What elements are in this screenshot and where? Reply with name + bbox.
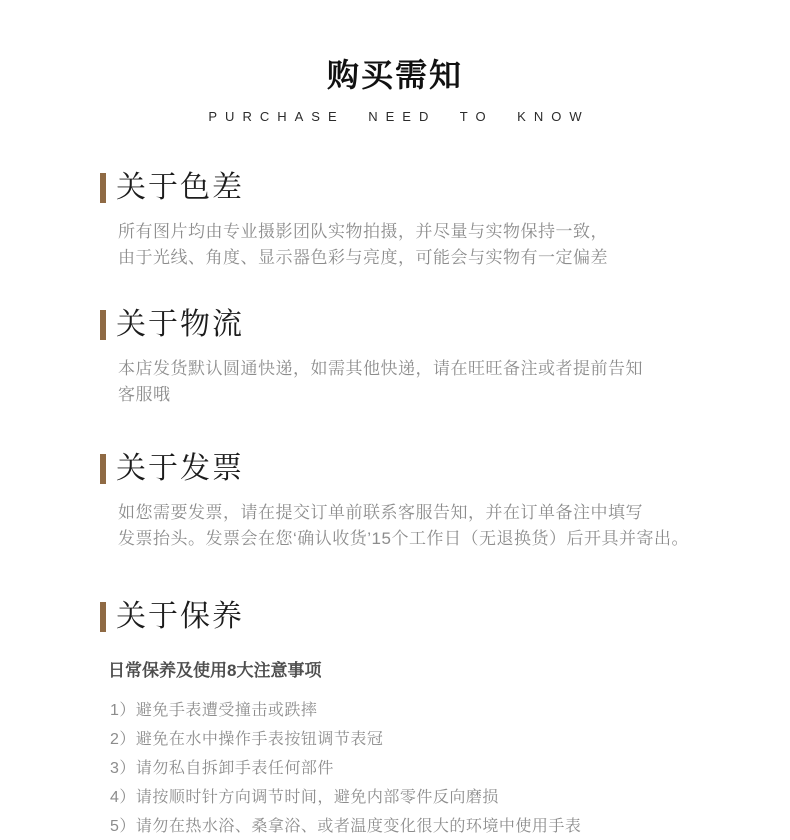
body-line: 所有图片均由专业摄影团队实物拍摄，并尽量与实物保持一致， xyxy=(118,219,720,245)
section-heading-row: 关于色差 xyxy=(100,170,720,206)
section-logistics: 关于物流 本店发货默认圆通快递，如需其他快递，请在旺旺备注或者提前告知 客服哦 xyxy=(100,307,720,408)
list-item: 2）避免在水中操作手表按钮调节表冠 xyxy=(110,725,720,754)
body-line: 客服哦 xyxy=(118,382,720,408)
body-line: 由于光线、角度、显示器色彩与亮度，可能会与实物有一定偏差 xyxy=(118,245,720,271)
section-invoice: 关于发票 如您需要发票，请在提交订单前联系客服告知，并在订单备注中填写 发票抬头… xyxy=(100,451,720,552)
section-color-difference: 关于色差 所有图片均由专业摄影团队实物拍摄，并尽量与实物保持一致， 由于光线、角… xyxy=(100,170,720,271)
purchase-notice-page: 购买需知 PURCHASE NEED TO KNOW 关于色差 所有图片均由专业… xyxy=(0,0,790,840)
section-heading: 关于保养 xyxy=(116,599,244,635)
section-body: 如您需要发票，请在提交订单前联系客服告知，并在订单备注中填写 发票抬头。发票会在… xyxy=(118,500,720,552)
section-heading-row: 关于发票 xyxy=(100,451,720,487)
page-subtitle: PURCHASE NEED TO KNOW xyxy=(0,109,790,124)
body-line: 发票抬头。发票会在您‘确认收货’15个工作日（无退换货）后开具并寄出。 xyxy=(118,526,720,552)
list-item: 5）请勿在热水浴、桑拿浴、或者温度变化很大的环境中使用手表 xyxy=(110,812,720,840)
page-header: 购买需知 PURCHASE NEED TO KNOW xyxy=(0,0,790,124)
maintenance-list: 1）避免手表遭受撞击或跌摔 2）避免在水中操作手表按钮调节表冠 3）请勿私自拆卸… xyxy=(110,696,720,840)
list-item: 4）请按顺时针方向调节时间，避免内部零件反向磨损 xyxy=(110,783,720,812)
section-heading: 关于色差 xyxy=(116,170,244,206)
page-title: 购买需知 xyxy=(0,50,790,96)
accent-bar xyxy=(100,310,106,340)
section-maintenance: 关于保养 日常保养及使用8大注意事项 1）避免手表遭受撞击或跌摔 2）避免在水中… xyxy=(100,599,720,840)
section-body: 所有图片均由专业摄影团队实物拍摄，并尽量与实物保持一致， 由于光线、角度、显示器… xyxy=(118,219,720,271)
body-line: 本店发货默认圆通快递，如需其他快递，请在旺旺备注或者提前告知 xyxy=(118,356,720,382)
accent-bar xyxy=(100,173,106,203)
accent-bar xyxy=(100,602,106,632)
list-item: 1）避免手表遭受撞击或跌摔 xyxy=(110,696,720,725)
section-heading: 关于物流 xyxy=(116,307,244,343)
accent-bar xyxy=(100,454,106,484)
body-line: 如您需要发票，请在提交订单前联系客服告知，并在订单备注中填写 xyxy=(118,500,720,526)
section-body: 本店发货默认圆通快递，如需其他快递，请在旺旺备注或者提前告知 客服哦 xyxy=(118,356,720,408)
section-heading-row: 关于物流 xyxy=(100,307,720,343)
list-item: 3）请勿私自拆卸手表任何部件 xyxy=(110,754,720,783)
section-heading-row: 关于保养 xyxy=(100,599,720,635)
section-heading: 关于发票 xyxy=(116,451,244,487)
notice-content: 关于色差 所有图片均由专业摄影团队实物拍摄，并尽量与实物保持一致， 由于光线、角… xyxy=(0,170,790,840)
maintenance-subheading: 日常保养及使用8大注意事项 xyxy=(108,656,720,681)
